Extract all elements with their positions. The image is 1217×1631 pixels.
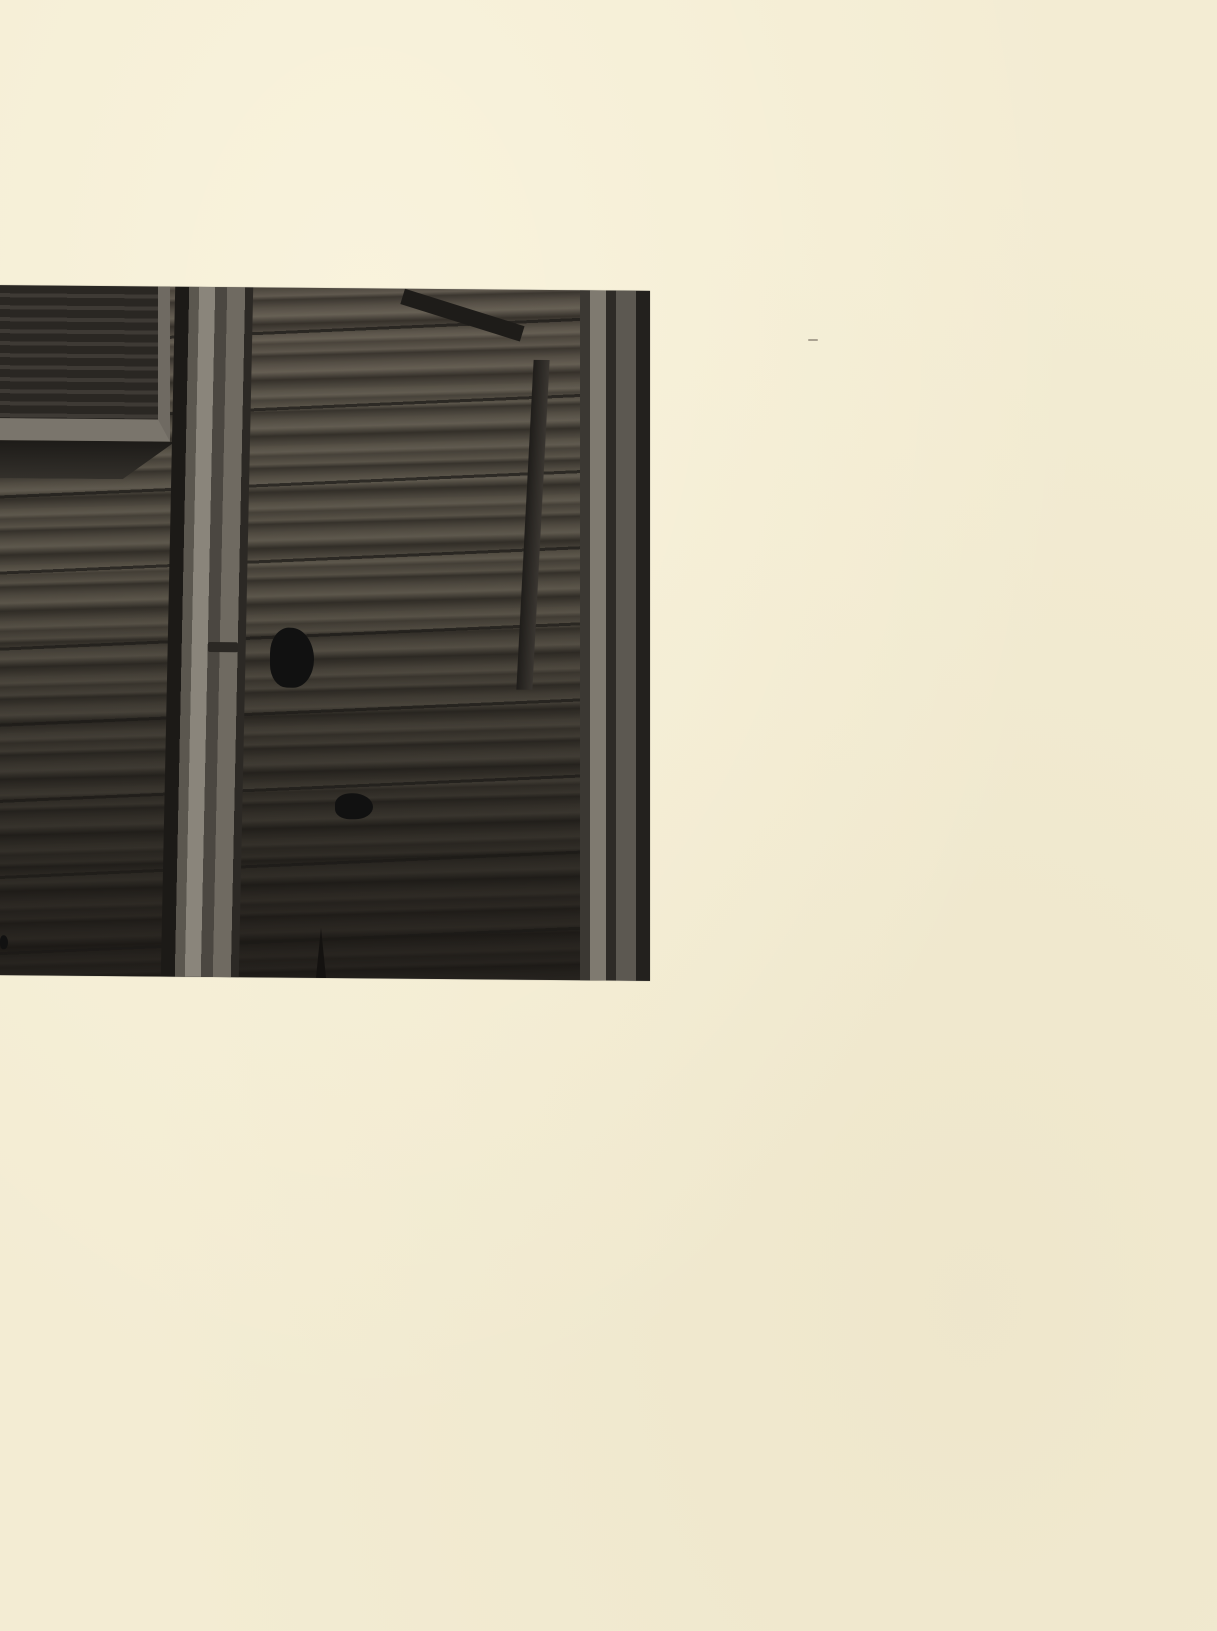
door-jamb [161,287,253,978]
shadow-gradient [0,596,650,981]
hinge [208,642,238,652]
paper-blemish [808,339,818,341]
wood-knot [335,793,373,819]
wood-knot-hole [270,628,314,688]
wood-knot [0,935,8,949]
door-frame-right [580,290,650,981]
window-shutter [0,285,170,441]
mounted-photograph [0,285,650,981]
